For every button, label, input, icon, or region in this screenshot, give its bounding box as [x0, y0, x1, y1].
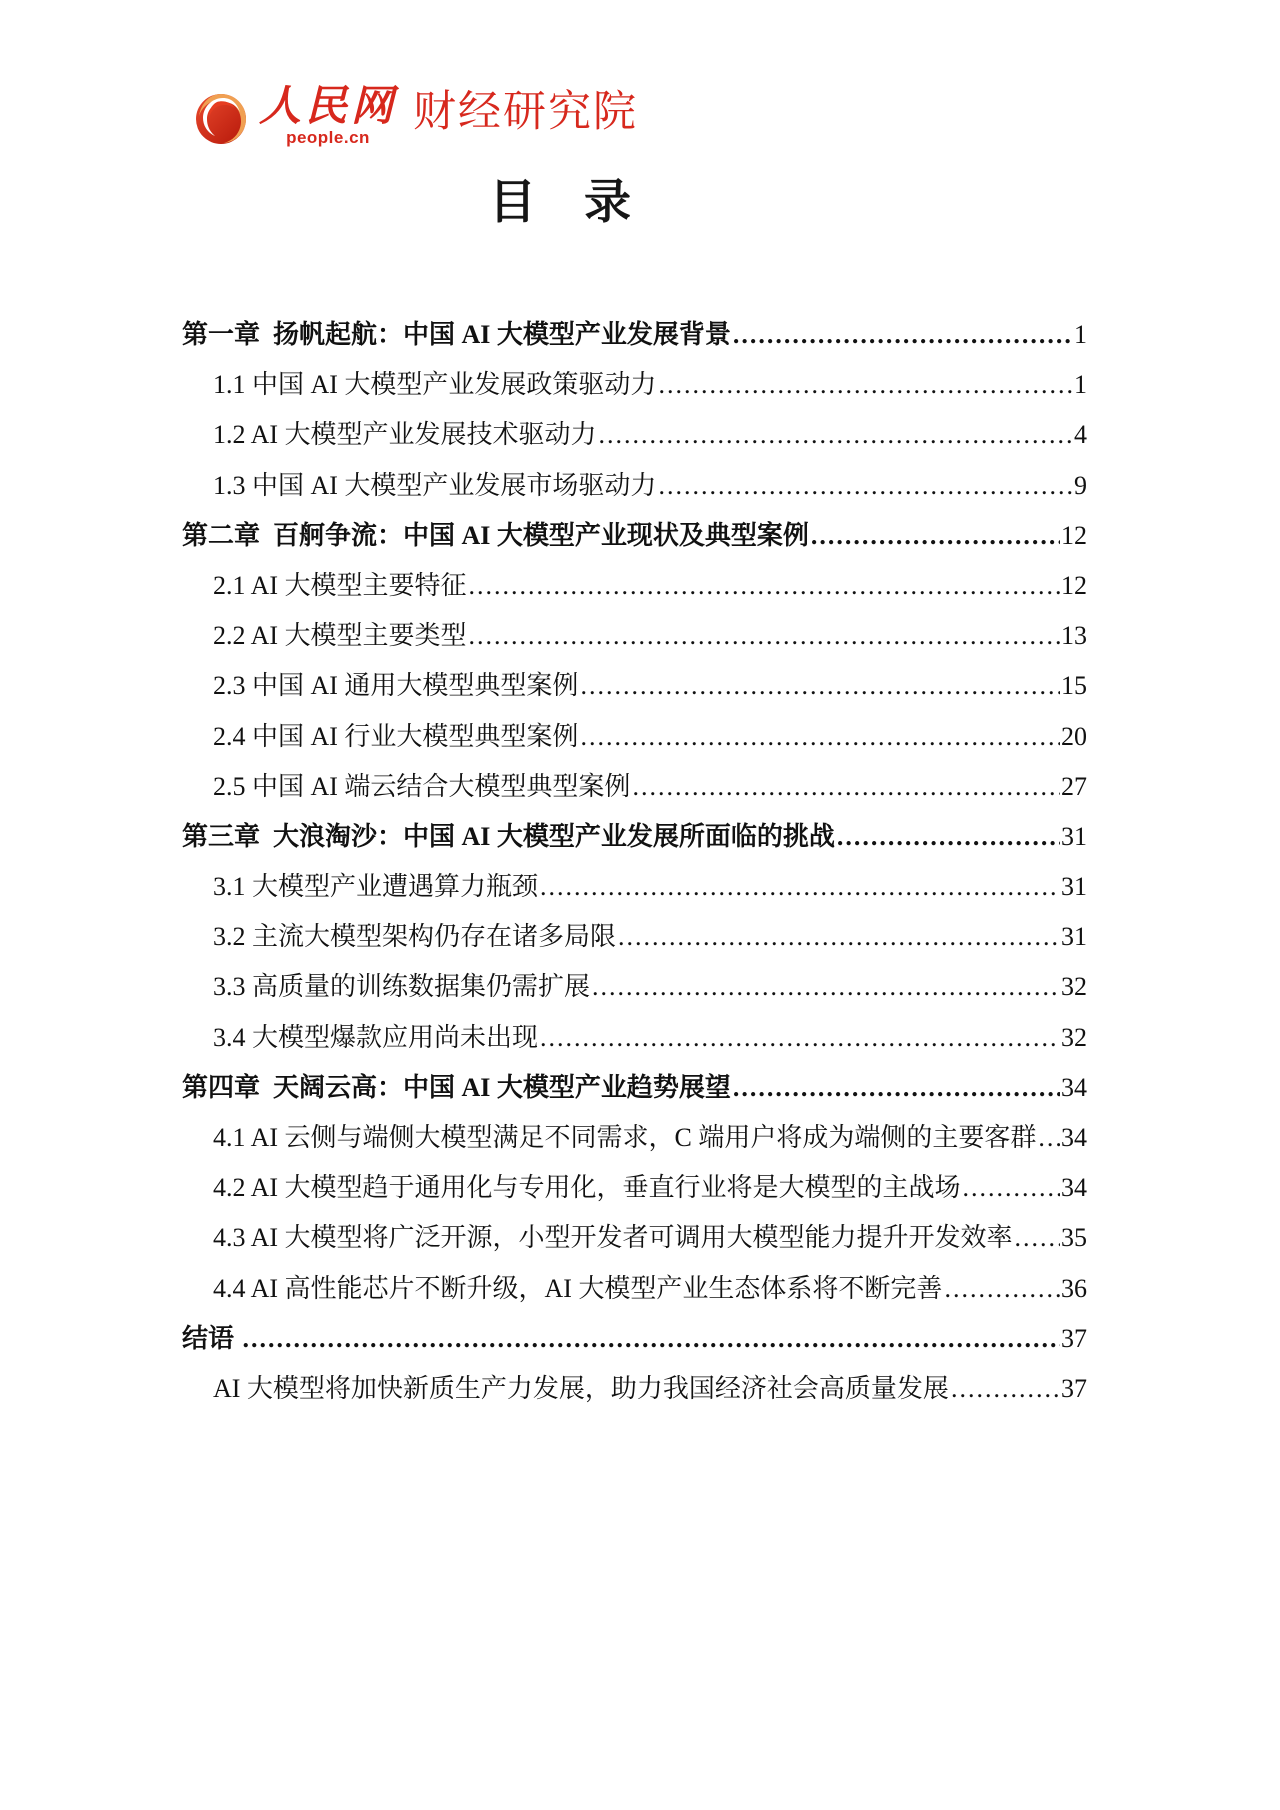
page-number: 31	[1061, 862, 1087, 912]
dot-leader	[811, 511, 1060, 561]
toc-entry-label: 4.3 AI 大模型将广泛开源，小型开发者可调用大模型能力提升开发效率	[213, 1213, 1013, 1263]
dot-leader	[469, 561, 1060, 611]
toc-entry-label: 结语	[182, 1314, 241, 1364]
page-title-char-2: 录	[584, 174, 631, 230]
toc-entry-label: 3.3 高质量的训练数据集仍需扩展	[213, 962, 590, 1012]
toc-entry-9[interactable]: 2.4 中国 AI 行业大模型典型案例 20	[182, 712, 1087, 762]
toc-entry-label: 第二章 百舸争流：中国 AI 大模型产业现状及典型案例	[182, 511, 809, 561]
page-number: 34	[1061, 1113, 1087, 1163]
toc-entry-label: 2.4 中国 AI 行业大模型典型案例	[213, 712, 578, 762]
toc-entry-2[interactable]: 1.1 中国 AI 大模型产业发展政策驱动力 1	[182, 360, 1087, 410]
dot-leader	[951, 1364, 1060, 1414]
toc-entry-label: 4.2 AI 大模型趋于通用化与专用化，垂直行业将是大模型的主战场	[213, 1163, 961, 1213]
toc-entry-label: 3.1 大模型产业遭遇算力瓶颈	[213, 862, 538, 912]
toc-entry-8[interactable]: 2.3 中国 AI 通用大模型典型案例 15	[182, 661, 1087, 711]
toc-entry-label: 3.2 主流大模型架构仍存在诸多局限	[213, 912, 616, 962]
toc-entry-6[interactable]: 2.1 AI 大模型主要特征 12	[182, 561, 1087, 611]
page-number: 1	[1074, 360, 1087, 410]
logo-en-text: people.cn	[286, 129, 370, 146]
dot-leader	[469, 611, 1060, 661]
page-number: 31	[1061, 812, 1087, 862]
page-number: 31	[1061, 912, 1087, 962]
toc-entry-5[interactable]: 第二章 百舸争流：中国 AI 大模型产业现状及典型案例 12	[182, 511, 1087, 561]
dot-leader	[540, 1013, 1060, 1063]
page-number: 13	[1061, 611, 1087, 661]
dot-leader	[733, 310, 1073, 360]
dot-leader	[1038, 1113, 1060, 1163]
toc-entry-label: 2.1 AI 大模型主要特征	[213, 561, 467, 611]
people-cn-logo-icon	[193, 88, 251, 146]
toc-entry-label: AI 大模型将加快新质生产力发展，助力我国经济社会高质量发展	[213, 1364, 949, 1414]
toc-entry-14[interactable]: 3.3 高质量的训练数据集仍需扩展 32	[182, 962, 1087, 1012]
dot-leader	[599, 410, 1073, 460]
org-name: 财经研究院	[413, 88, 638, 137]
dot-leader	[944, 1264, 1060, 1314]
toc-entry-label: 4.1 AI 云侧与端侧大模型满足不同需求，C 端用户将成为端侧的主要客群	[213, 1113, 1036, 1163]
toc-entry-13[interactable]: 3.2 主流大模型架构仍存在诸多局限 31	[182, 912, 1087, 962]
page-number: 32	[1061, 962, 1087, 1012]
dot-leader	[540, 862, 1060, 912]
toc-entry-17[interactable]: 4.1 AI 云侧与端侧大模型满足不同需求，C 端用户将成为端侧的主要客群 34	[182, 1113, 1087, 1163]
page-number: 12	[1061, 511, 1087, 561]
page-number: 37	[1061, 1364, 1087, 1414]
dot-leader	[632, 762, 1060, 812]
page-number: 1	[1074, 310, 1087, 360]
toc-entry-10[interactable]: 2.5 中国 AI 端云结合大模型典型案例 27	[182, 762, 1087, 812]
page-number: 37	[1061, 1314, 1087, 1364]
dot-leader	[658, 360, 1073, 410]
toc-entry-label: 第四章 天阔云高：中国 AI 大模型产业趋势展望	[182, 1063, 731, 1113]
dot-leader	[733, 1063, 1060, 1113]
document-page: 人民网 people.cn 财经研究院 目 录 第一章 扬帆起航：中国 AI 大…	[0, 0, 1280, 1810]
toc-entry-label: 第一章 扬帆起航：中国 AI 大模型产业发展背景	[182, 310, 731, 360]
page-number: 32	[1061, 1013, 1087, 1063]
toc-entry-11[interactable]: 第三章 大浪淘沙：中国 AI 大模型产业发展所面临的挑战 31	[182, 812, 1087, 862]
page-title-char-1: 目	[489, 174, 536, 230]
toc-entry-16[interactable]: 第四章 天阔云高：中国 AI 大模型产业趋势展望 34	[182, 1063, 1087, 1113]
toc-entry-label: 2.3 中国 AI 通用大模型典型案例	[213, 661, 578, 711]
toc-entry-18[interactable]: 4.2 AI 大模型趋于通用化与专用化，垂直行业将是大模型的主战场 34	[182, 1163, 1087, 1213]
logo-cn-text: 人民网	[259, 86, 397, 128]
page-number: 15	[1061, 661, 1087, 711]
toc-entry-label: 4.4 AI 高性能芯片不断升级，AI 大模型产业生态体系将不断完善	[213, 1264, 942, 1314]
page-number: 9	[1074, 461, 1087, 511]
page-title: 目 录	[0, 174, 1200, 230]
toc-entry-label: 2.5 中国 AI 端云结合大模型典型案例	[213, 762, 630, 812]
page-number: 34	[1061, 1063, 1087, 1113]
dot-leader	[580, 712, 1060, 762]
toc-entry-21[interactable]: 结语 37	[182, 1314, 1087, 1364]
page-number: 35	[1061, 1213, 1087, 1263]
toc-entry-label: 1.2 AI 大模型产业发展技术驱动力	[213, 410, 597, 460]
toc-entry-4[interactable]: 1.3 中国 AI 大模型产业发展市场驱动力 9	[182, 461, 1087, 511]
toc-entry-label: 3.4 大模型爆款应用尚未出现	[213, 1013, 538, 1063]
page-number: 36	[1061, 1264, 1087, 1314]
dot-leader	[580, 661, 1060, 711]
page-number: 20	[1061, 712, 1087, 762]
toc-entry-1[interactable]: 第一章 扬帆起航：中国 AI 大模型产业发展背景 1	[182, 310, 1087, 360]
dot-leader	[618, 912, 1060, 962]
toc-entry-label: 1.1 中国 AI 大模型产业发展政策驱动力	[213, 360, 656, 410]
page-number: 4	[1074, 410, 1087, 460]
page-number: 34	[1061, 1163, 1087, 1213]
toc-entry-15[interactable]: 3.4 大模型爆款应用尚未出现 32	[182, 1013, 1087, 1063]
toc-entry-label: 2.2 AI 大模型主要类型	[213, 611, 467, 661]
toc-entry-20[interactable]: 4.4 AI 高性能芯片不断升级，AI 大模型产业生态体系将不断完善 36	[182, 1264, 1087, 1314]
dot-leader	[963, 1163, 1060, 1213]
dot-leader	[592, 962, 1060, 1012]
page-number: 12	[1061, 561, 1087, 611]
toc-entry-3[interactable]: 1.2 AI 大模型产业发展技术驱动力 4	[182, 410, 1087, 460]
toc-entry-12[interactable]: 3.1 大模型产业遭遇算力瓶颈 31	[182, 862, 1087, 912]
toc-entry-22[interactable]: AI 大模型将加快新质生产力发展，助力我国经济社会高质量发展 37	[182, 1364, 1087, 1414]
people-cn-wordmark: 人民网 people.cn	[259, 86, 397, 146]
toc-entry-7[interactable]: 2.2 AI 大模型主要类型 13	[182, 611, 1087, 661]
dot-leader	[658, 461, 1073, 511]
dot-leader	[1015, 1213, 1060, 1263]
dot-leader	[837, 812, 1060, 862]
toc-entry-label: 1.3 中国 AI 大模型产业发展市场驱动力	[213, 461, 656, 511]
page-number: 27	[1061, 762, 1087, 812]
toc-entry-label: 第三章 大浪淘沙：中国 AI 大模型产业发展所面临的挑战	[182, 812, 835, 862]
header: 人民网 people.cn 财经研究院	[193, 86, 638, 146]
dot-leader	[243, 1314, 1060, 1364]
toc-entry-19[interactable]: 4.3 AI 大模型将广泛开源，小型开发者可调用大模型能力提升开发效率 35	[182, 1213, 1087, 1263]
table-of-contents: 第一章 扬帆起航：中国 AI 大模型产业发展背景 1 1.1 中国 AI 大模型…	[182, 310, 1087, 1414]
